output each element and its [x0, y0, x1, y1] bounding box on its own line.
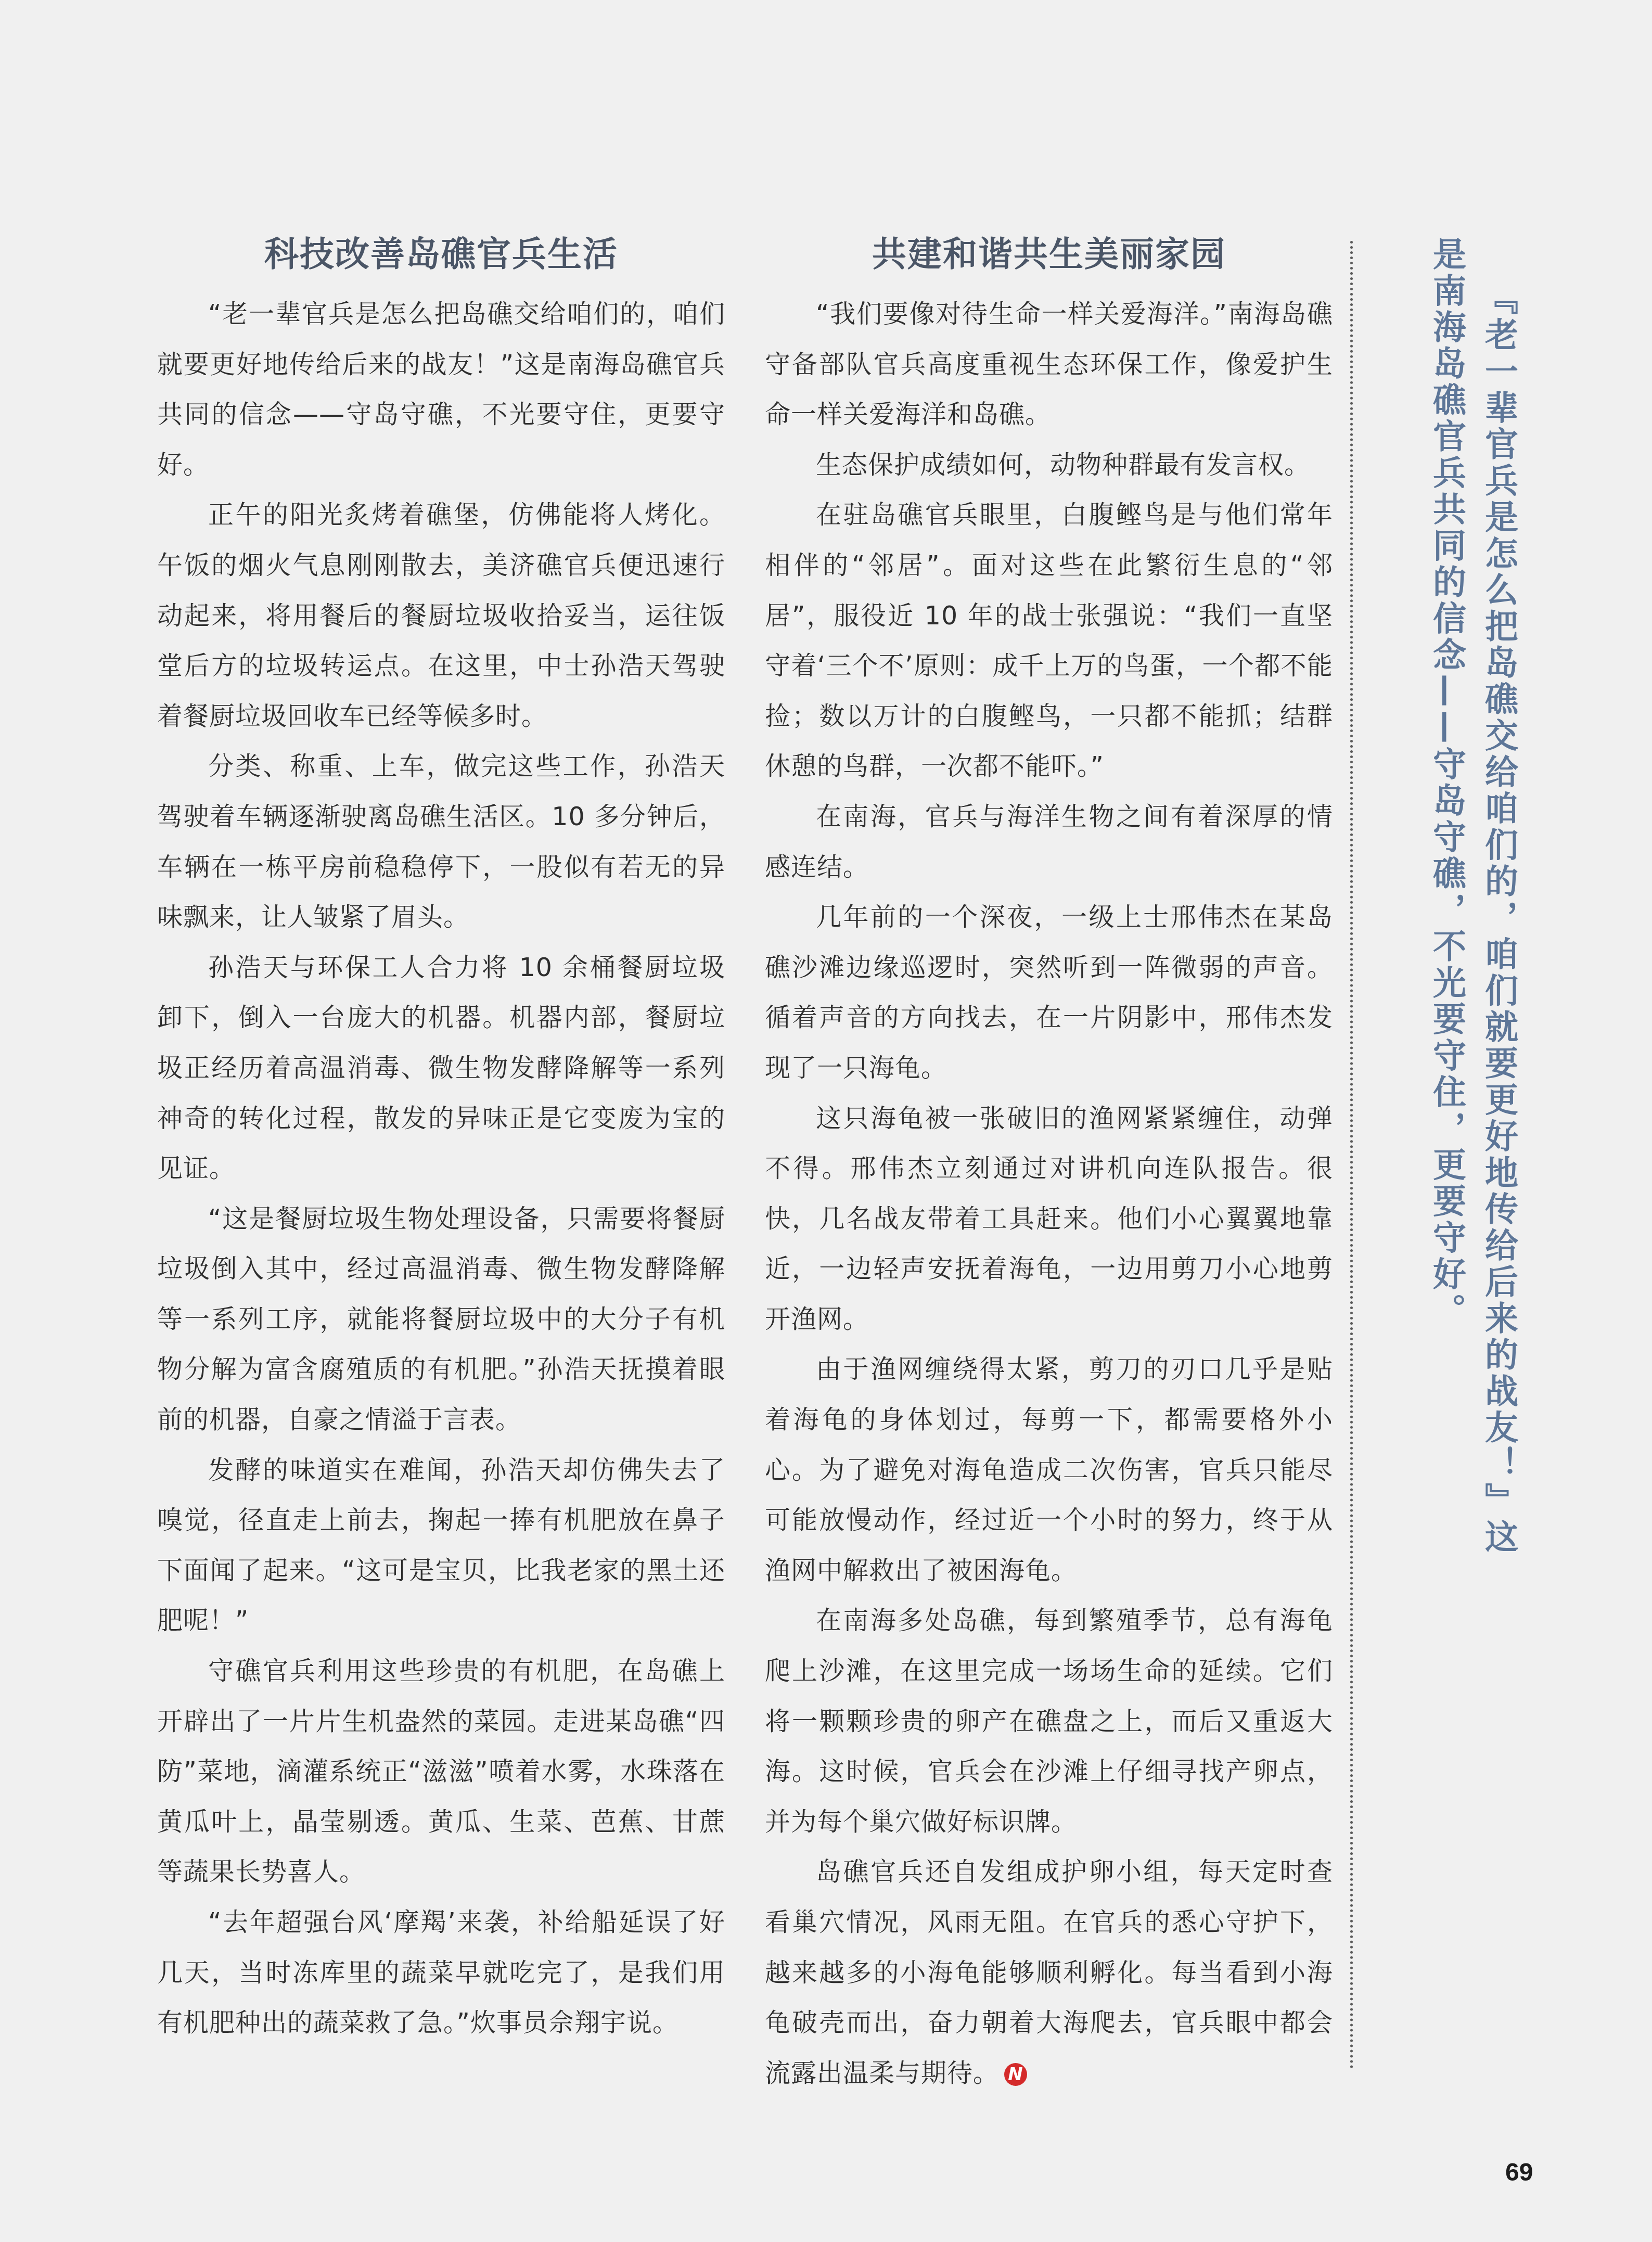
- dotted-divider: [1350, 241, 1353, 2070]
- middle-article-column: 共建和谐共生美丽家园 “我们要像对待生命一样关爱海洋。”南海岛礁守备部队官兵高度…: [765, 224, 1333, 2098]
- paragraph: 在南海多处岛礁，每到繁殖季节，总有海龟爬上沙滩，在这里完成一场场生命的延续。它们…: [765, 1596, 1333, 1847]
- page-number: 69: [1505, 2158, 1533, 2187]
- pull-quote-line-1: 『老一辈官兵是怎么把岛礁交给咱们的，咱们就要更好地传给后来的战友！』这: [1472, 237, 1525, 1850]
- paragraph: 这只海龟被一张破旧的渔网紧紧缠住，动弹不得。邢伟杰立刻通过对讲机向连队报告。很快…: [765, 1094, 1333, 1345]
- vertical-pull-quote: 『老一辈官兵是怎么把岛礁交给咱们的，咱们就要更好地传给后来的战友！』这 是南海岛…: [1400, 237, 1525, 1850]
- paragraph-text: 岛礁官兵还自发组成护卵小组，每天定时查看巢穴情况，风雨无阻。在官兵的悉心守护下，…: [765, 1857, 1333, 2087]
- n-logo-icon: N: [1004, 2063, 1027, 2086]
- paragraph: 生态保护成绩如何，动物种群最有发言权。: [765, 440, 1333, 491]
- paragraph: 在南海，官兵与海洋生物之间有着深厚的情感连结。: [765, 792, 1333, 892]
- paragraph: 分类、称重、上车，做完这些工作，孙浩天驾驶着车辆逐渐驶离岛礁生活区。10 多分钟…: [157, 741, 725, 942]
- section-heading-harmony: 共建和谐共生美丽家园: [765, 224, 1333, 285]
- paragraph: “这是餐厨垃圾生物处理设备，只需要将餐厨垃圾倒入其中，经过高温消毒、微生物发酵降…: [157, 1194, 725, 1445]
- section-heading-tech: 科技改善岛礁官兵生活: [157, 224, 725, 285]
- pull-quote-line-2: 是南海岛礁官兵共同的信念——守岛守礁，不光要守住，更要守好。: [1420, 237, 1472, 1850]
- paragraph: 由于渔网缠绕得太紧，剪刀的刃口几乎是贴着海龟的身体划过，每剪一下，都需要格外小心…: [765, 1344, 1333, 1596]
- paragraph: “老一辈官兵是怎么把岛礁交给咱们的，咱们就要更好地传给后来的战友！”这是南海岛礁…: [157, 289, 725, 490]
- paragraph: 在驻岛礁官兵眼里，白腹鲣鸟是与他们常年相伴的“邻居”。面对这些在此繁衍生息的“邻…: [765, 490, 1333, 792]
- paragraph: 孙浩天与环保工人合力将 10 余桶餐厨垃圾卸下，倒入一台庞大的机器。机器内部，餐…: [157, 943, 725, 1194]
- paragraph-last: 岛礁官兵还自发组成护卵小组，每天定时查看巢穴情况，风雨无阻。在官兵的悉心守护下，…: [765, 1847, 1333, 2098]
- paragraph: 几年前的一个深夜，一级上士邢伟杰在某岛礁沙滩边缘巡逻时，突然听到一阵微弱的声音。…: [765, 892, 1333, 1093]
- paragraph: 正午的阳光炙烤着礁堡，仿佛能将人烤化。午饭的烟火气息刚刚散去，美济礁官兵便迅速行…: [157, 490, 725, 741]
- left-article-column: 科技改善岛礁官兵生活 “老一辈官兵是怎么把岛礁交给咱们的，咱们就要更好地传给后来…: [157, 224, 725, 2048]
- paragraph: 守礁官兵利用这些珍贵的有机肥，在岛礁上开辟出了一片片生机盎然的菜园。走进某岛礁“…: [157, 1646, 725, 1898]
- paragraph: 发酵的味道实在难闻，孙浩天却仿佛失去了嗅觉，径直走上前去，掬起一捧有机肥放在鼻子…: [157, 1445, 725, 1646]
- paragraph: “去年超强台风‘摩羯’来袭，补给船延误了好几天，当时冻库里的蔬菜早就吃完了，是我…: [157, 1898, 725, 2048]
- paragraph: “我们要像对待生命一样关爱海洋。”南海岛礁守备部队官兵高度重视生态环保工作，像爱…: [765, 289, 1333, 440]
